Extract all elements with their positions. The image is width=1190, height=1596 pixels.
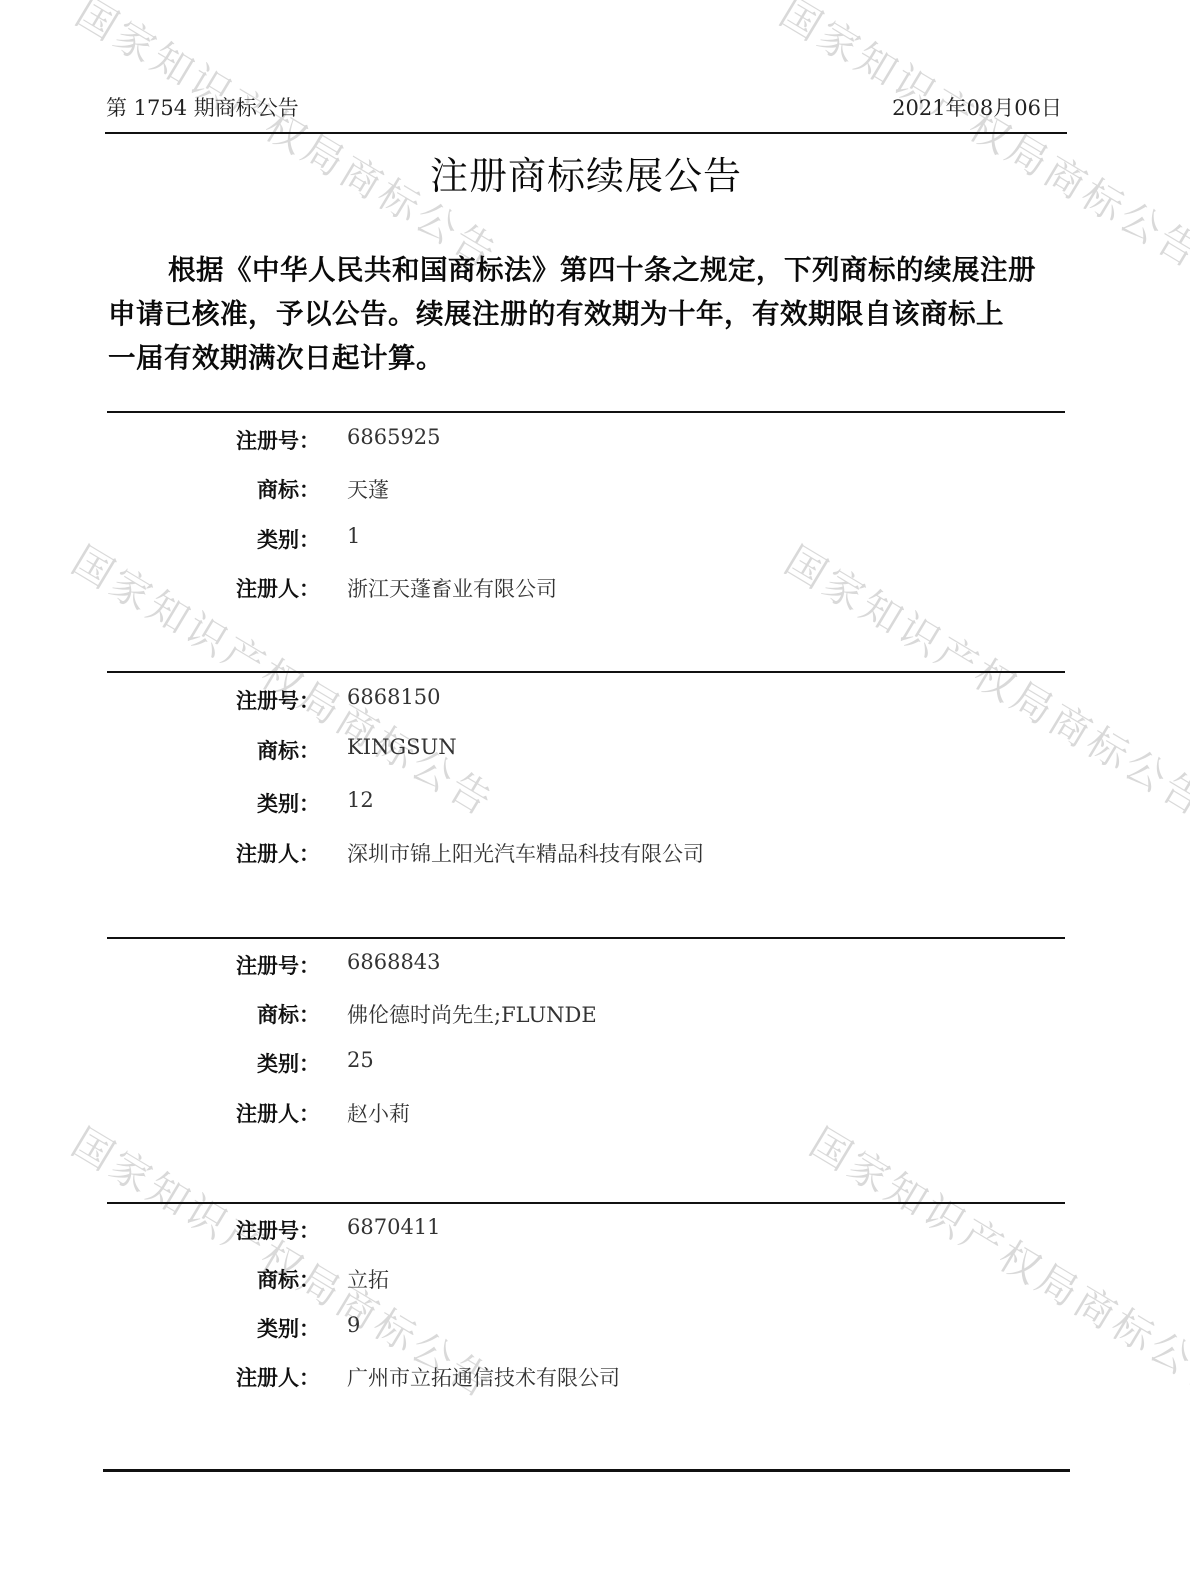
reg-no-field: 注册号： 6865925	[0, 425, 1190, 455]
entry-divider	[107, 671, 1065, 673]
trademark-entry: 注册号： 6868843 商标： 佛伦德时尚先生;FLUNDE 类别： 25 注…	[0, 937, 1190, 1197]
mark-field: 商标： 天蓬	[0, 474, 1190, 504]
registrant-field: 注册人： 广州市立拓通信技术有限公司	[0, 1362, 1190, 1392]
registrant-value: 广州市立拓通信技术有限公司	[347, 1362, 620, 1392]
reg-no-label: 注册号：	[236, 425, 320, 455]
reg-no-field: 注册号： 6868843	[0, 950, 1190, 980]
watermark: 国家知识产权局商标公告	[67, 0, 511, 280]
intro-line: 申请已核准，予以公告。续展注册的有效期为十年，有效期限自该商标上	[108, 292, 1070, 336]
mark-value: 立拓	[347, 1264, 389, 1294]
mark-value: KINGSUN	[347, 735, 457, 759]
reg-no-field: 注册号： 6870411	[0, 1215, 1190, 1245]
class-label: 类别：	[257, 1048, 320, 1078]
document-page: 国家知识产权局商标公告 国家知识产权局商标公告 国家知识产权局商标公告 国家知识…	[0, 0, 1190, 1596]
issue-number: 第 1754 期商标公告	[106, 92, 299, 122]
reg-no-label: 注册号：	[236, 950, 320, 980]
page-title: 注册商标续展公告	[0, 145, 1172, 200]
reg-no-value: 6870411	[347, 1215, 441, 1239]
mark-value: 天蓬	[347, 474, 389, 504]
reg-no-field: 注册号： 6868150	[0, 685, 1190, 715]
class-label: 类别：	[257, 788, 320, 818]
trademark-entry: 注册号： 6868150 商标： KINGSUN 类别： 12 注册人： 深圳市…	[0, 671, 1190, 931]
entry-divider	[107, 1202, 1065, 1204]
mark-label: 商标：	[257, 999, 320, 1029]
reg-no-label: 注册号：	[236, 685, 320, 715]
class-value: 12	[347, 788, 374, 812]
class-field: 类别： 25	[0, 1048, 1190, 1078]
registrant-field: 注册人： 赵小莉	[0, 1098, 1190, 1128]
reg-no-value: 6868150	[347, 685, 441, 709]
intro-paragraph: 根据《中华人民共和国商标法》第四十条之规定，下列商标的续展注册 申请已核准，予以…	[108, 248, 1070, 380]
class-field: 类别： 9	[0, 1313, 1190, 1343]
registrant-label: 注册人：	[236, 838, 320, 868]
mark-label: 商标：	[257, 1264, 320, 1294]
mark-field: 商标： 佛伦德时尚先生;FLUNDE	[0, 999, 1190, 1029]
mark-label: 商标：	[257, 474, 320, 504]
registrant-value: 赵小莉	[347, 1098, 410, 1128]
registrant-value: 浙江天蓬畜业有限公司	[347, 573, 557, 603]
publication-date: 2021年08月06日	[892, 92, 1062, 122]
mark-label: 商标：	[257, 735, 320, 765]
registrant-label: 注册人：	[236, 1362, 320, 1392]
reg-no-value: 6868843	[347, 950, 441, 974]
class-field: 类别： 12	[0, 788, 1190, 818]
trademark-entry: 注册号： 6865925 商标： 天蓬 类别： 1 注册人： 浙江天蓬畜业有限公…	[0, 411, 1190, 671]
watermark: 国家知识产权局商标公告	[771, 0, 1190, 280]
registrant-label: 注册人：	[236, 573, 320, 603]
header-divider	[105, 132, 1067, 134]
registrant-label: 注册人：	[236, 1098, 320, 1128]
registrant-field: 注册人： 浙江天蓬畜业有限公司	[0, 573, 1190, 603]
mark-field: 商标： KINGSUN	[0, 735, 1190, 765]
class-label: 类别：	[257, 524, 320, 554]
mark-value: 佛伦德时尚先生;FLUNDE	[347, 999, 597, 1029]
registrant-value: 深圳市锦上阳光汽车精品科技有限公司	[347, 838, 704, 868]
class-value: 25	[347, 1048, 374, 1072]
footer-divider	[103, 1469, 1070, 1472]
class-field: 类别： 1	[0, 524, 1190, 554]
intro-line: 根据《中华人民共和国商标法》第四十条之规定，下列商标的续展注册	[108, 248, 1070, 292]
intro-line: 一届有效期满次日起计算。	[108, 336, 1070, 380]
reg-no-value: 6865925	[347, 425, 441, 449]
entry-divider	[107, 937, 1065, 939]
registrant-field: 注册人： 深圳市锦上阳光汽车精品科技有限公司	[0, 838, 1190, 868]
entry-divider	[107, 411, 1065, 413]
mark-field: 商标： 立拓	[0, 1264, 1190, 1294]
reg-no-label: 注册号：	[236, 1215, 320, 1245]
class-value: 1	[347, 524, 360, 548]
class-label: 类别：	[257, 1313, 320, 1343]
trademark-entry: 注册号： 6870411 商标： 立拓 类别： 9 注册人： 广州市立拓通信技术…	[0, 1202, 1190, 1462]
class-value: 9	[347, 1313, 360, 1337]
